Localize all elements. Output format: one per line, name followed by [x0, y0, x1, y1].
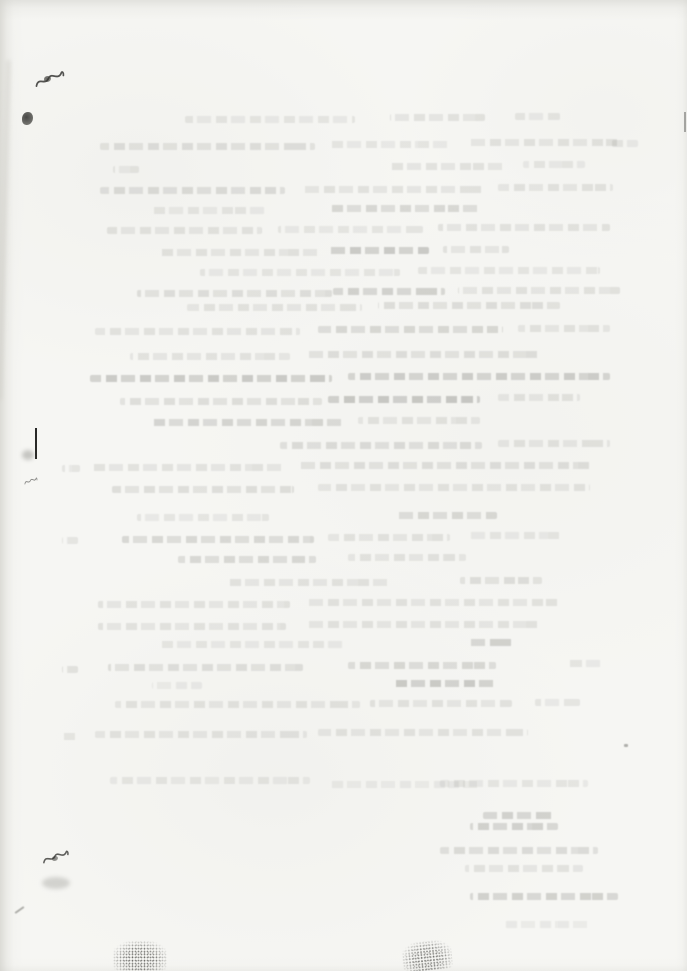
faint-text-line [327, 247, 429, 254]
faint-text-line [393, 680, 495, 687]
faint-text-line [280, 442, 482, 449]
faint-text-line [137, 514, 269, 521]
ink-mark-scribble [23, 475, 39, 487]
faint-text-line [523, 161, 585, 168]
faint-text-line [100, 143, 315, 150]
ink-mark-smudge [42, 877, 70, 889]
faint-text-line [498, 394, 580, 401]
faint-text-line [498, 440, 610, 447]
ink-mark-vline [684, 112, 686, 132]
faint-text-line [98, 601, 290, 608]
faint-text-line [112, 486, 294, 493]
faint-text-line [535, 699, 580, 706]
faint-text-line [137, 290, 332, 297]
faint-text-line [100, 187, 285, 194]
scanned-page [0, 0, 687, 971]
faint-text-line [92, 464, 284, 471]
faint-text-line [115, 701, 360, 708]
faint-text-line [395, 512, 497, 519]
faint-text-line [330, 781, 480, 788]
ink-mark-vline [35, 428, 37, 459]
faint-text-line [438, 224, 610, 231]
faint-text-line [330, 205, 480, 212]
faint-text-line [498, 184, 613, 191]
faint-text-line [308, 599, 560, 606]
faint-text-line [200, 269, 400, 276]
faint-text-line [62, 666, 78, 673]
faint-text-line [333, 288, 445, 295]
faint-text-line [187, 304, 362, 311]
faint-text-line [388, 163, 503, 170]
faint-text-line [328, 534, 450, 541]
ink-mark-dash [14, 906, 24, 914]
faint-text-line [62, 537, 78, 544]
faint-text-line [468, 639, 512, 646]
faint-text-line [505, 921, 591, 928]
faint-text-line [95, 731, 307, 738]
faint-text-line [308, 621, 540, 628]
speckle-blob [401, 938, 454, 971]
ink-mark-smudge [22, 450, 34, 460]
faint-text-line [470, 893, 618, 900]
faint-text-line [568, 660, 603, 667]
ink-mark-scribble [41, 846, 72, 867]
faint-text-line [308, 351, 540, 358]
faint-text-line [370, 700, 512, 707]
faint-text-line [150, 207, 265, 214]
faint-text-line [120, 398, 322, 405]
ink-mark-scribble [32, 66, 68, 92]
faint-text-line [358, 417, 480, 424]
faint-text-line [518, 325, 610, 332]
ink-mark-dash [624, 744, 628, 747]
faint-text-line [483, 812, 555, 819]
faint-text-line [90, 375, 332, 382]
faint-text-line [108, 664, 303, 671]
faint-text-line [152, 682, 202, 689]
faint-text-line [122, 536, 314, 543]
faint-text-line [460, 577, 542, 584]
faint-text-line [418, 267, 600, 274]
faint-text-line [465, 865, 583, 872]
faint-text-line [62, 733, 76, 740]
faint-text-line [378, 302, 560, 309]
faint-text-line [178, 556, 316, 563]
faint-text-line [95, 328, 300, 335]
faint-text-line [160, 641, 345, 648]
faint-text-line [298, 462, 590, 469]
faint-text-line [348, 373, 610, 380]
ink-mark-dot [44, 76, 51, 82]
faint-text-line [150, 419, 342, 426]
faint-text-line [303, 186, 483, 193]
faint-text-line [390, 114, 485, 121]
scanner-edge-streak [0, 60, 10, 400]
faint-text-line [62, 465, 80, 472]
faint-text-line [130, 353, 290, 360]
ink-mark-dot [52, 856, 58, 861]
faint-text-line [348, 662, 496, 669]
faint-text-line [113, 166, 139, 173]
faint-text-line [330, 141, 450, 148]
faint-text-line [110, 777, 310, 784]
faint-text-line [107, 227, 262, 234]
ink-mark-dot [22, 112, 33, 125]
faint-text-line [443, 246, 509, 253]
faint-text-line [160, 249, 320, 256]
faint-text-line [98, 623, 286, 630]
speckle-blob [113, 941, 167, 971]
faint-text-line [612, 140, 638, 147]
faint-text-line [440, 780, 588, 787]
faint-text-line [318, 484, 590, 491]
faint-text-line [440, 847, 598, 854]
faint-text-line [348, 554, 466, 561]
faint-text-line [318, 729, 528, 736]
faint-text-line [228, 579, 390, 586]
faint-text-line [318, 326, 503, 333]
faint-text-line [468, 139, 618, 146]
faint-text-line [468, 532, 560, 539]
faint-text-line [515, 113, 560, 120]
faint-text-line [458, 287, 620, 294]
faint-text-line [278, 226, 423, 233]
faint-text-line [470, 823, 558, 830]
faint-text-line [328, 396, 480, 403]
faint-text-line [185, 116, 355, 123]
